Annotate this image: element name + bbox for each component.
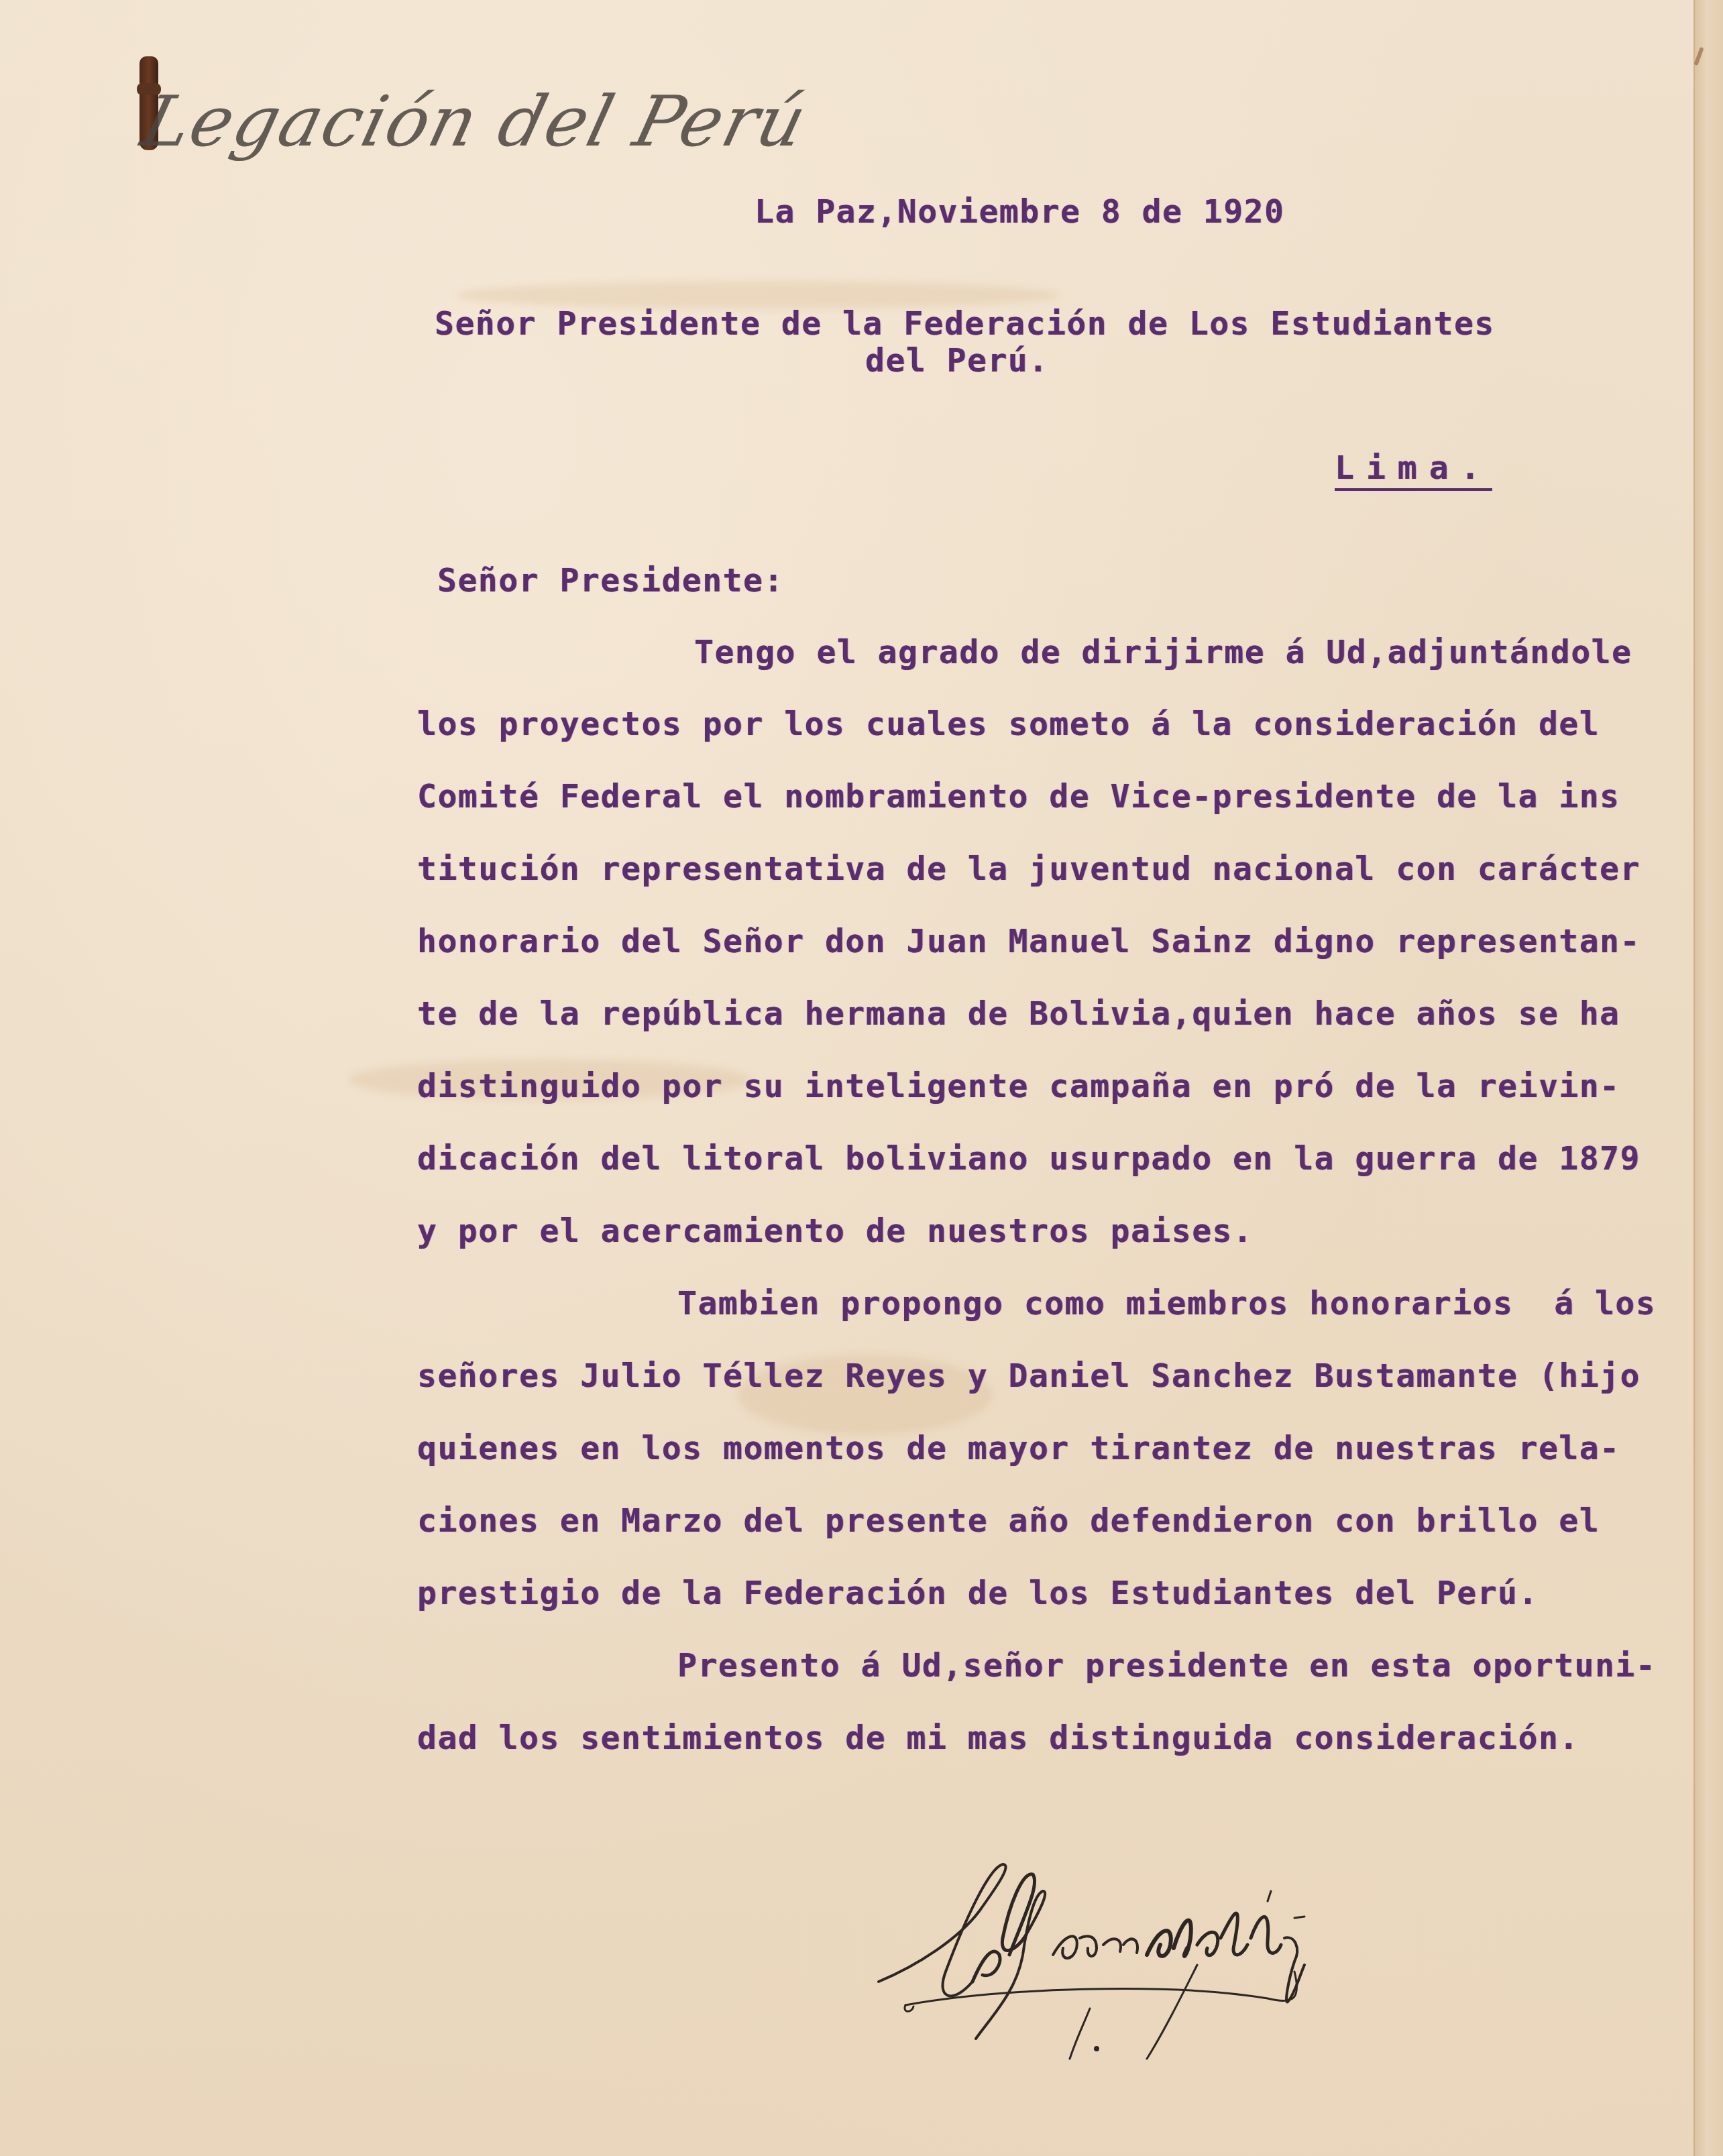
body-line: Comité Federal el nombramiento de Vice-p… [417, 778, 1620, 815]
date-line: La Paz,Noviembre 8 de 1920 [755, 193, 1284, 231]
paper-edge [1693, 0, 1723, 2156]
signature-icon [865, 1837, 1697, 2079]
body-line: quienes en los momentos de mayor tirante… [417, 1430, 1620, 1467]
body-line: los proyectos por los cuales someto á la… [417, 705, 1600, 743]
body-line: Tengo el agrado de dirijirme á Ud,adjunt… [694, 634, 1632, 671]
body-line: distinguido por su inteligente campaña e… [417, 1068, 1620, 1105]
body-line: titución representativa de la juventud n… [417, 850, 1641, 888]
body-line: dicación del litoral boliviano usurpado … [417, 1140, 1641, 1178]
body-line: te de la república hermana de Bolivia,qu… [417, 995, 1620, 1033]
addressee-city: Lima. [1335, 449, 1492, 491]
body-line: dad los sentimientos de mi mas distingui… [417, 1719, 1579, 1757]
body-line: Tambien propongo como miembros honorario… [677, 1285, 1656, 1322]
letterhead: Legación del Perú [134, 80, 816, 162]
addressee-line-1: Señor Presidente de la Federación de Los… [435, 305, 1495, 343]
paper-stain [456, 282, 1060, 308]
body-line: Presento á Ud,señor presidente en esta o… [677, 1647, 1656, 1685]
body-line: y por el acercamiento de nuestros paises… [417, 1212, 1253, 1250]
body-line: ciones en Marzo del presente año defendi… [417, 1502, 1600, 1540]
body-line: honorario del Señor don Juan Manuel Sain… [417, 923, 1641, 960]
body-line: señores Julio Téllez Reyes y Daniel Sanc… [417, 1357, 1641, 1395]
salutation: Señor Presidente: [437, 562, 784, 600]
body-line: prestigio de la Federación de los Estudi… [417, 1575, 1539, 1612]
addressee-line-2: del Perú. [865, 342, 1049, 380]
